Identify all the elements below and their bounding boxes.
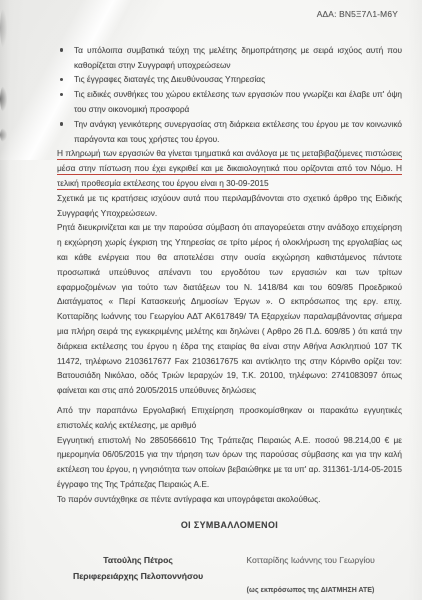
bullet-list: Τα υπόλοιπα συμβατικά τεύχη της μελέτης … <box>57 43 402 147</box>
contracting-parties-heading: ΟΙ ΣΥΜΒΑΛΛΟΜΕΝΟΙ <box>57 518 402 533</box>
list-item: Τα υπόλοιπα συμβατικά τεύχη της μελέτης … <box>57 43 402 73</box>
scan-edge-smudge <box>0 8 7 48</box>
payment-terms-paragraph: Η πληρωμή των εργασιών θα γίνεται τμηματ… <box>57 146 402 190</box>
signature-block: Τατούλης Πέτρος Περιφερειάρχης Πελοποννή… <box>57 553 402 599</box>
signature-right: Κοτταρίδης Ιωάννης του Γεωργίου (ως εκπρ… <box>219 553 402 599</box>
red-underlined-text: Η πληρωμή των εργασιών θα γίνεται τμηματ… <box>57 148 402 188</box>
scan-edge-smudge <box>0 128 7 142</box>
guarantees-intro-paragraph: Από την παραπάνω Εργολαβική Επιχείρηση π… <box>57 403 402 433</box>
copies-statement-paragraph: Το παρόν συντάχθηκε σε πέντε αντίγραφα κ… <box>57 492 402 507</box>
signature-left: Τατούλης Πέτρος Περιφερειάρχης Πελοποννή… <box>57 553 219 599</box>
bullet-text: Τις έγγραφες διαταγές της Διευθύνουσας Υ… <box>74 74 265 84</box>
signer-title-left: Περιφερειάρχης Πελοποννήσου <box>57 569 219 584</box>
scan-edge-smudge <box>0 86 7 112</box>
bullet-text: Τα υπόλοιπα συμβατικά τεύχη της μελέτης … <box>74 45 402 70</box>
ada-code-label: ΑΔΑ: ΒΝ5Ξ7Λ1-Μ6Υ <box>57 7 398 22</box>
scanned-contract-page: ΑΔΑ: ΒΝ5Ξ7Λ1-Μ6Υ Τα υπόλοιπα συμβατικά τ… <box>0 0 422 600</box>
guarantee-letter-paragraph: Εγγυητική επιστολή Νο 2850566610 Της Τρά… <box>57 433 402 492</box>
assignment-clause-paragraph: Ρητά διευκρινίζεται και με την παρούσα σ… <box>57 220 402 398</box>
list-item: Τις ειδικές συνθήκες του χώρου εκτέλεσης… <box>57 87 402 117</box>
bullet-text: Τις ειδικές συνθήκες του χώρου εκτέλεσης… <box>74 89 402 114</box>
bullet-text: Την ανάγκη γενικότερης συνεργασίας στη δ… <box>74 119 402 144</box>
list-item: Την ανάγκη γενικότερης συνεργασίας στη δ… <box>57 117 402 147</box>
document-content: ΑΔΑ: ΒΝ5Ξ7Λ1-Μ6Υ Τα υπόλοιπα συμβατικά τ… <box>57 0 402 599</box>
list-item: Τις έγγραφες διαταγές της Διευθύνουσας Υ… <box>57 72 402 87</box>
signer-name-right: Κοτταρίδης Ιωάννης του Γεωργίου <box>219 553 402 568</box>
deductions-paragraph: Σχετικά με τις κρατήσεις ισχύουν αυτά πο… <box>57 191 402 221</box>
signer-name-left: Τατούλης Πέτρος <box>57 553 219 568</box>
signer-note-right: (ως εκπρόσωπος της ΔΙΑΤΜΗΣΗ ΑΤΕ) <box>219 584 402 599</box>
